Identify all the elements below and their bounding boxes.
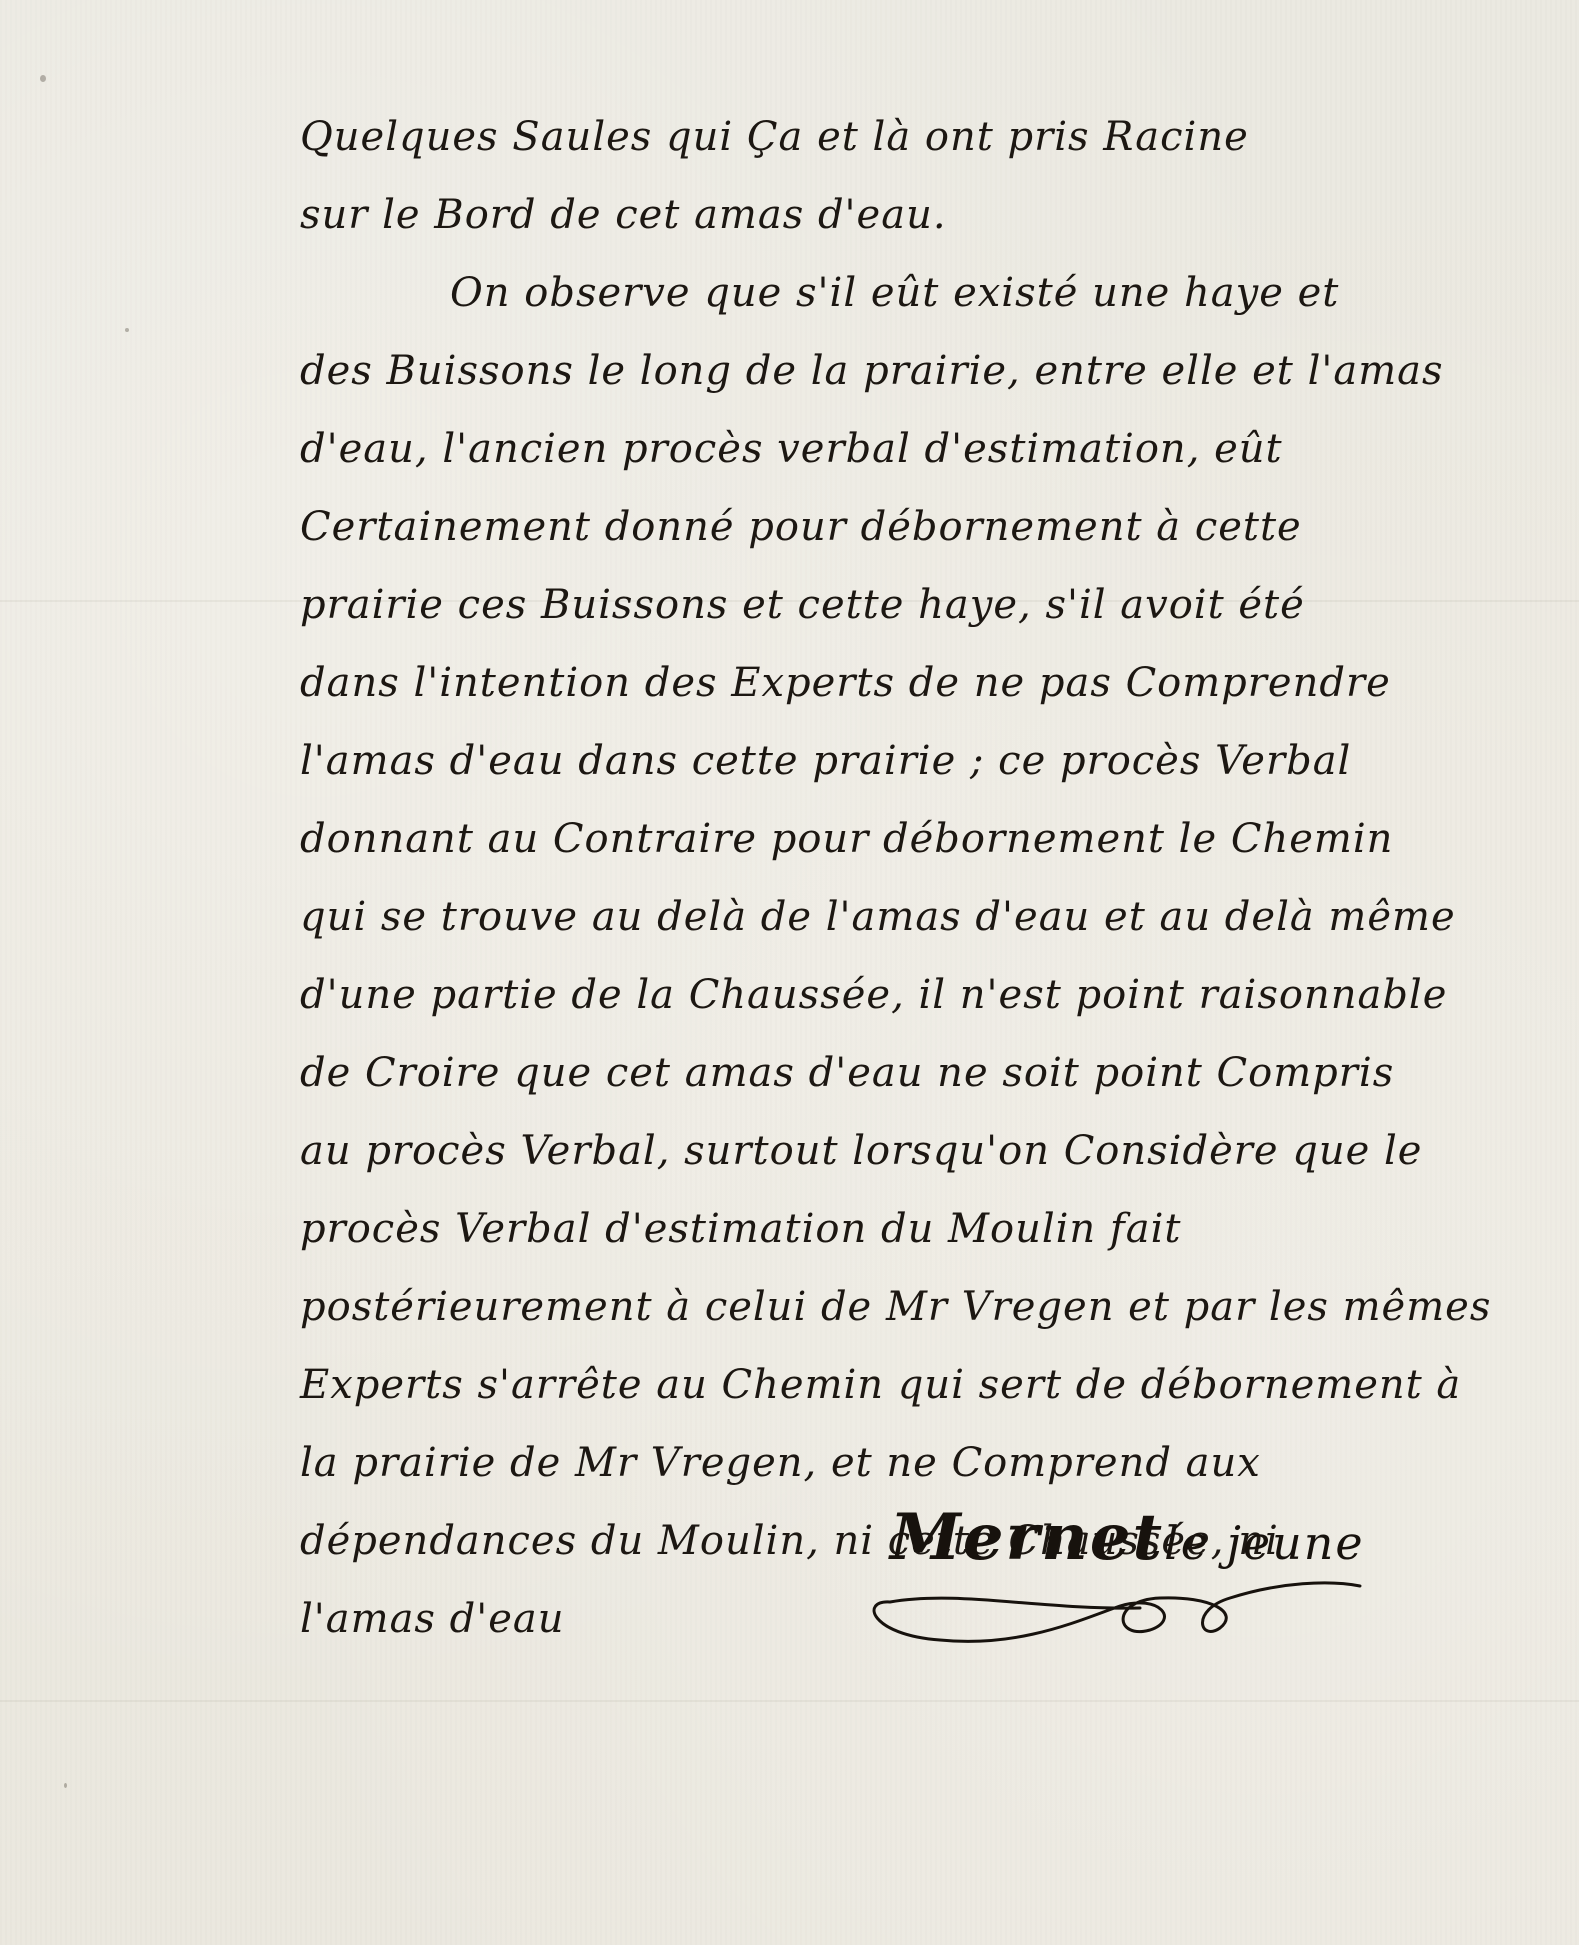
text-line: de Croire que cet amas d'eau ne soit poi…	[300, 1034, 1550, 1112]
signature-flourish-icon	[860, 1560, 1380, 1650]
text-line: d'eau, l'ancien procès verbal d'estimati…	[300, 410, 1550, 488]
text-line: sur le Bord de cet amas d'eau.	[300, 176, 1550, 254]
ink-spot	[125, 328, 129, 332]
text-line: qui se trouve au delà de l'amas d'eau et…	[300, 878, 1550, 956]
ink-spot	[40, 75, 46, 82]
fold-line	[0, 1700, 1579, 1702]
text-line: Certainement donné pour débornement à ce…	[300, 488, 1550, 566]
text-line: dans l'intention des Experts de ne pas C…	[300, 644, 1550, 722]
text-line: postérieurement à celui de Mr Vregen et …	[300, 1268, 1550, 1346]
text-line: Experts s'arrête au Chemin qui sert de d…	[300, 1346, 1550, 1424]
text-line: l'amas d'eau dans cette prairie ; ce pro…	[300, 722, 1550, 800]
signature: Mernetle jeune	[860, 1500, 1560, 1650]
text-line: d'une partie de la Chaussée, il n'est po…	[300, 956, 1550, 1034]
text-line: prairie ces Buissons et cette haye, s'il…	[300, 566, 1550, 644]
ink-spot	[64, 1783, 67, 1788]
text-line: la prairie de Mr Vregen, et ne Comprend …	[300, 1424, 1550, 1502]
text-line: des Buissons le long de la prairie, entr…	[300, 332, 1550, 410]
manuscript-text: Quelques Saules qui Ça et là ont pris Ra…	[300, 98, 1550, 1658]
text-line: donnant au Contraire pour débornement le…	[300, 800, 1550, 878]
text-line: procès Verbal d'estimation du Moulin fai…	[300, 1190, 1550, 1268]
text-line: Quelques Saules qui Ça et là ont pris Ra…	[300, 98, 1550, 176]
paragraph-start-line: On observe que s'il eût existé une haye …	[300, 254, 1550, 332]
text-line: au procès Verbal, surtout lorsqu'on Cons…	[300, 1112, 1550, 1190]
